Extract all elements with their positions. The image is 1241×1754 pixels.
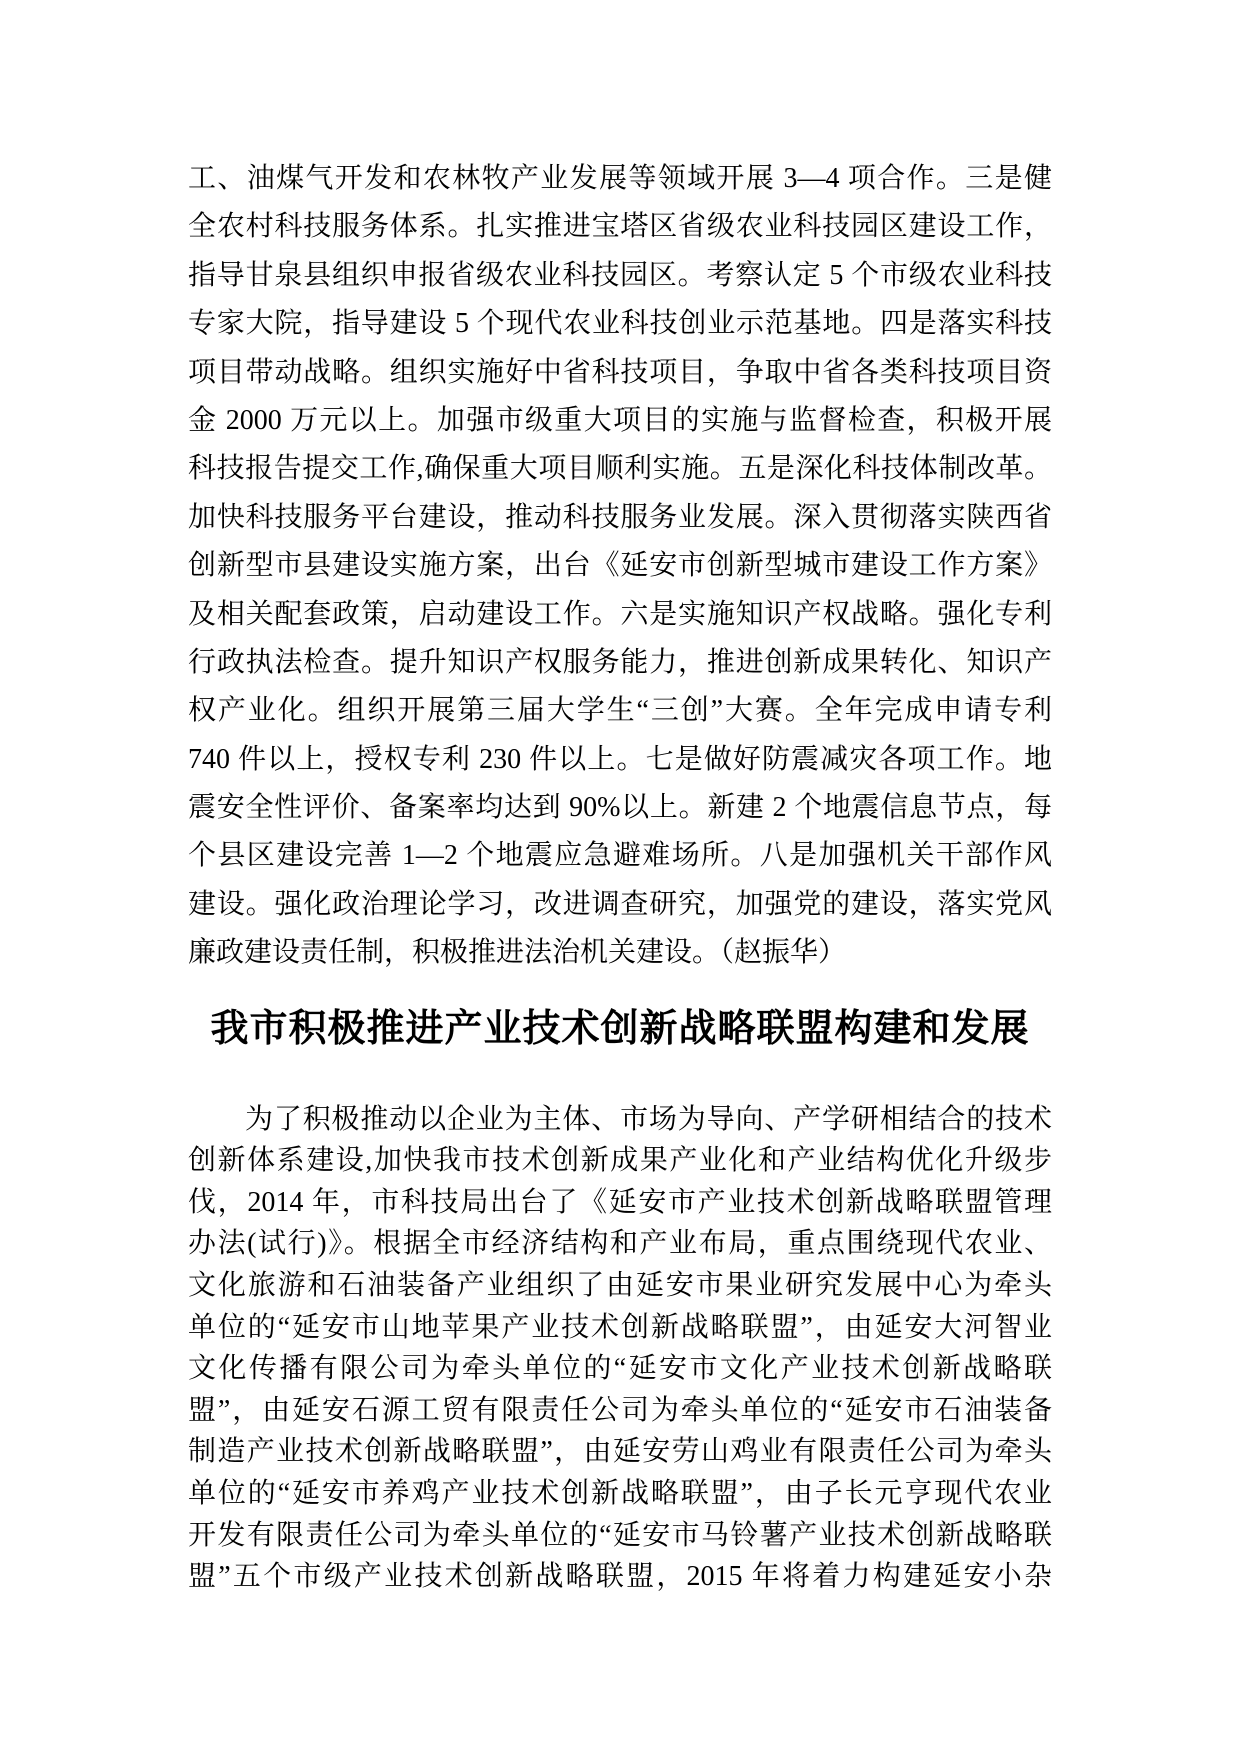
text-line: 个县区建设完善 1—2 个地震应急避难场所。八是加强机关干部作风	[188, 832, 1052, 880]
text-line: 指导甘泉县组织申报省级农业科技园区。考察认定 5 个市级农业科技	[188, 252, 1052, 300]
text-block: 工、油煤气开发和农林牧产业发展等领域开展 3—4 项合作。三是健全农村科技服务体…	[188, 155, 1052, 1598]
text-line: 震安全性评价、备案率均达到 90%以上。新建 2 个地震信息节点，每	[188, 784, 1052, 832]
text-line: 行政执法检查。提升知识产权服务能力，推进创新成果转化、知识产	[188, 639, 1052, 687]
text-line: 伐，2014 年，市科技局出台了《延安市产业技术创新战略联盟管理	[188, 1182, 1052, 1224]
text-line: 工、油煤气开发和农林牧产业发展等领域开展 3—4 项合作。三是健	[188, 155, 1052, 203]
text-line: 科技报告提交工作,确保重大项目顺利实施。五是深化科技体制改革。	[188, 445, 1052, 493]
text-line: 开发有限责任公司为牵头单位的“延安市马铃薯产业技术创新战略联	[188, 1515, 1052, 1557]
text-line: 制造产业技术创新战略联盟”，由延安劳山鸡业有限责任公司为牵头	[188, 1431, 1052, 1473]
text-line: 文化传播有限公司为牵头单位的“延安市文化产业技术创新战略联	[188, 1348, 1052, 1390]
text-line: 创新型市县建设实施方案，出台《延安市创新型城市建设工作方案》	[188, 542, 1052, 590]
text-line: 金 2000 万元以上。加强市级重大项目的实施与监督检查，积极开展	[188, 397, 1052, 445]
text-line: 为了积极推动以企业为主体、市场为导向、产学研相结合的技术	[188, 1099, 1052, 1141]
article2-body: 为了积极推动以企业为主体、市场为导向、产学研相结合的技术创新体系建设,加快我市技…	[188, 1099, 1052, 1598]
text-line: 廉政建设责任制，积极推进法治机关建设。（赵振华）	[188, 929, 1052, 977]
text-line: 加快科技服务平台建设，推动科技服务业发展。深入贯彻落实陕西省	[188, 494, 1052, 542]
text-line: 单位的“延安市山地苹果产业技术创新战略联盟”，由延安大河智业	[188, 1307, 1052, 1349]
text-line: 专家大院，指导建设 5 个现代农业科技创业示范基地。四是落实科技	[188, 300, 1052, 348]
text-line: 740 件以上，授权专利 230 件以上。七是做好防震减灾各项工作。地	[188, 736, 1052, 784]
text-line: 文化旅游和石油装备产业组织了由延安市果业研究发展中心为牵头	[188, 1265, 1052, 1307]
article2-title: 我市积极推进产业技术创新战略联盟构建和发展	[188, 1005, 1052, 1053]
text-line: 盟”五个市级产业技术创新战略联盟，2015 年将着力构建延安小杂	[188, 1556, 1052, 1598]
text-line: 建设。强化政治理论学习，改进调查研究，加强党的建设，落实党风	[188, 881, 1052, 929]
text-line: 权产业化。组织开展第三届大学生“三创”大赛。全年完成申请专利	[188, 687, 1052, 735]
text-line: 盟”，由延安石源工贸有限责任公司为牵头单位的“延安市石油装备	[188, 1390, 1052, 1432]
article1-body: 工、油煤气开发和农林牧产业发展等领域开展 3—4 项合作。三是健全农村科技服务体…	[188, 155, 1052, 978]
text-line: 单位的“延安市养鸡产业技术创新战略联盟”，由子长元亨现代农业	[188, 1473, 1052, 1515]
text-line: 及相关配套政策，启动建设工作。六是实施知识产权战略。强化专利	[188, 591, 1052, 639]
text-line: 创新体系建设,加快我市技术创新成果产业化和产业结构优化升级步	[188, 1140, 1052, 1182]
document-page: 工、油煤气开发和农林牧产业发展等领域开展 3—4 项合作。三是健全农村科技服务体…	[0, 0, 1241, 1754]
text-line: 办法(试行)》。根据全市经济结构和产业布局，重点围绕现代农业、	[188, 1223, 1052, 1265]
text-line: 项目带动战略。组织实施好中省科技项目，争取中省各类科技项目资	[188, 349, 1052, 397]
text-line: 全农村科技服务体系。扎实推进宝塔区省级农业科技园区建设工作，	[188, 203, 1052, 251]
